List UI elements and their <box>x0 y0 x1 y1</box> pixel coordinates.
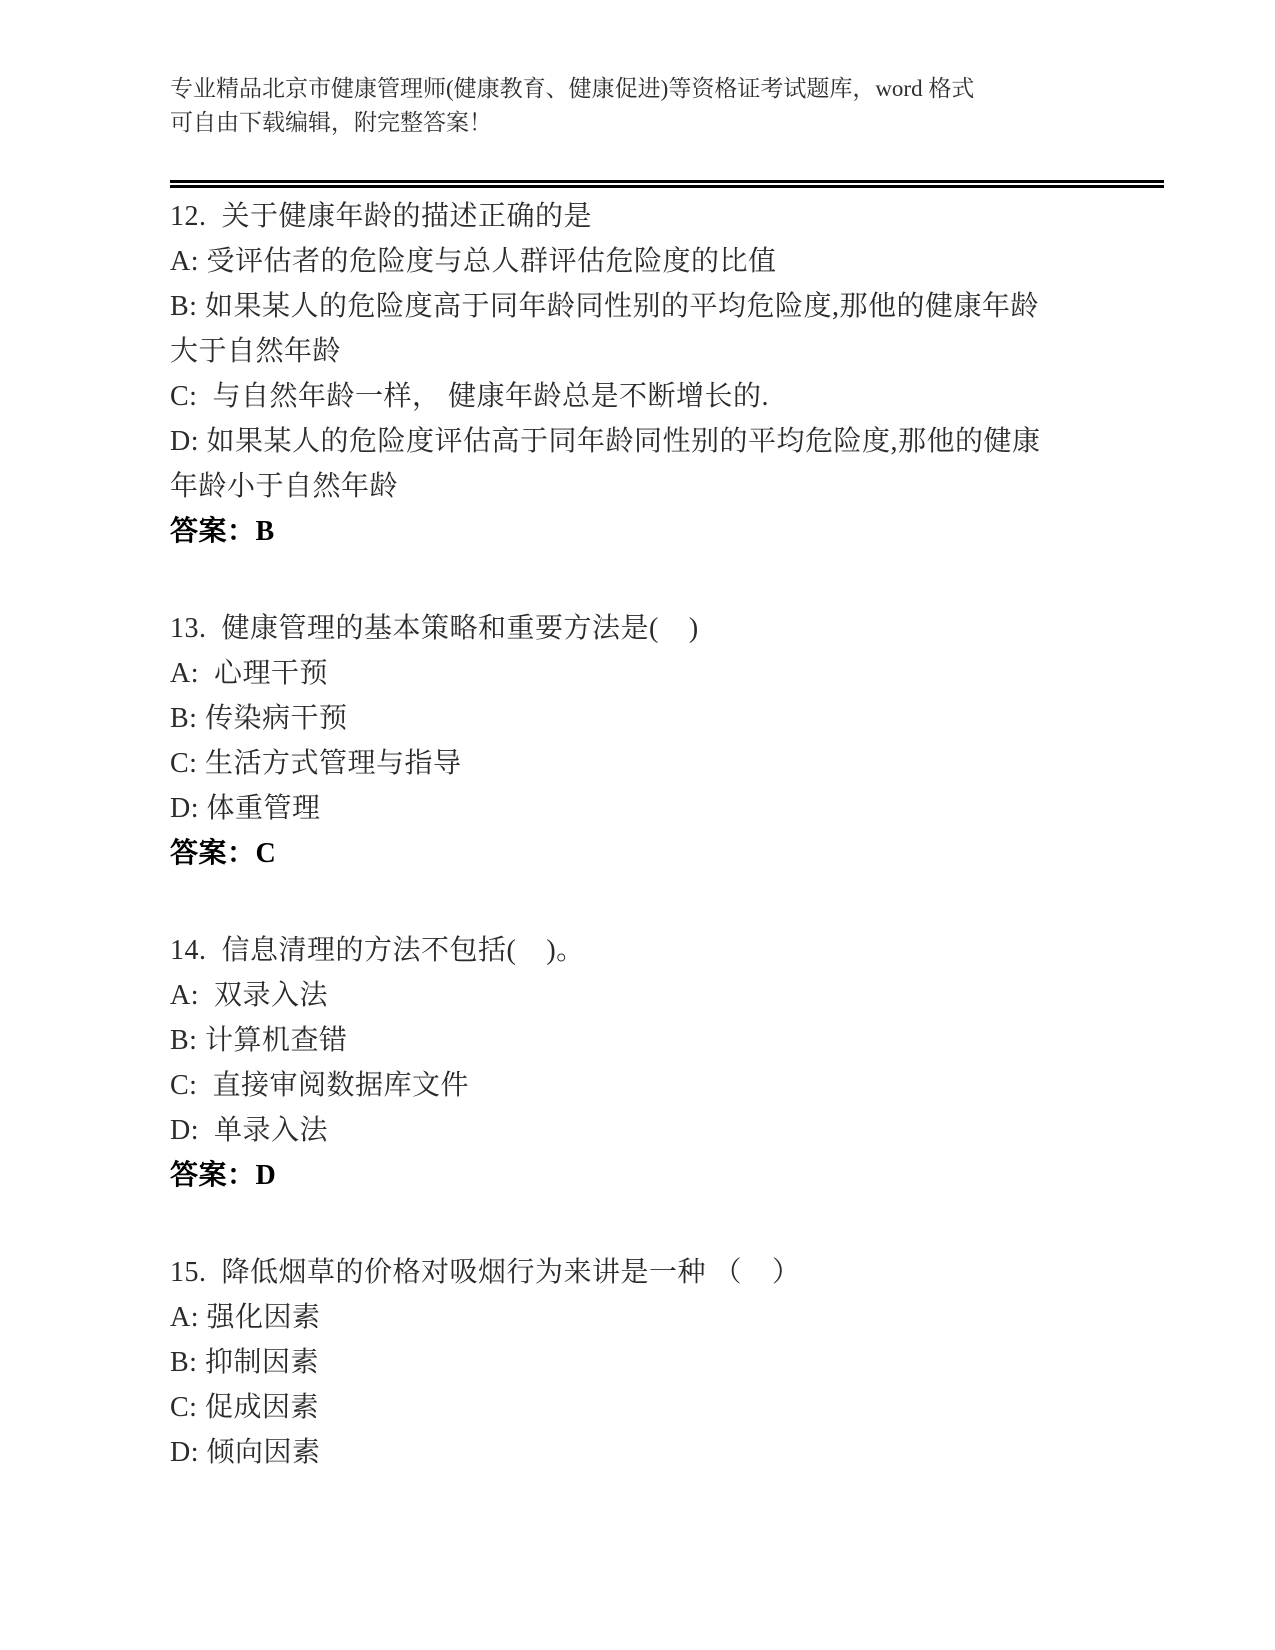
question-options: A: 强化因素B: 抑制因素C: 促成因素D: 倾向因素 <box>170 1295 1164 1475</box>
document-content: 专业精品北京市健康管理师(健康教育、健康促进)等资格证考试题库，word 格式 … <box>170 0 1164 1475</box>
header-divider <box>170 180 1164 188</box>
option-line: A: 受评估者的危险度与总人群评估危险度的比值 <box>170 239 1042 284</box>
header-text-line1: 专业精品北京市健康管理师(健康教育、健康促进)等资格证考试题库，word 格式 <box>170 72 1164 106</box>
option-line: A: 强化因素 <box>170 1295 1042 1340</box>
page-header: 专业精品北京市健康管理师(健康教育、健康促进)等资格证考试题库，word 格式 … <box>170 0 1164 180</box>
question-options: A: 受评估者的危险度与总人群评估危险度的比值B: 如果某人的危险度高于同年龄同… <box>170 239 1164 509</box>
option-line: C: 与自然年龄一样， 健康年龄总是不断增长的. <box>170 374 1042 419</box>
question-title: 13. 健康管理的基本策略和重要方法是( ) <box>170 606 1042 651</box>
question-block: 14. 信息清理的方法不包括( )。 A: 双录入法B: 计算机查错C: 直接审… <box>170 928 1164 1198</box>
question-title: 15. 降低烟草的价格对吸烟行为来讲是一种 （ ） <box>170 1250 1042 1295</box>
answer-line: 答案：D <box>170 1153 1042 1198</box>
question-title: 12. 关于健康年龄的描述正确的是 <box>170 194 1042 239</box>
option-line: B: 计算机查错 <box>170 1018 1042 1063</box>
option-line: B: 如果某人的危险度高于同年龄同性别的平均危险度,那他的健康年龄大于自然年龄 <box>170 284 1042 374</box>
answer-line: 答案：C <box>170 831 1042 876</box>
option-line: D: 体重管理 <box>170 786 1042 831</box>
question-title: 14. 信息清理的方法不包括( )。 <box>170 928 1042 973</box>
option-line: D: 如果某人的危险度评估高于同年龄同性别的平均危险度,那他的健康年龄小于自然年… <box>170 419 1042 509</box>
option-line: C: 促成因素 <box>170 1385 1042 1430</box>
option-line: A: 心理干预 <box>170 651 1042 696</box>
option-line: B: 传染病干预 <box>170 696 1042 741</box>
option-line: D: 单录入法 <box>170 1108 1042 1153</box>
question-options: A: 双录入法B: 计算机查错C: 直接审阅数据库文件D: 单录入法 <box>170 973 1164 1153</box>
option-line: A: 双录入法 <box>170 973 1042 1018</box>
question-block: 12. 关于健康年龄的描述正确的是 A: 受评估者的危险度与总人群评估危险度的比… <box>170 194 1164 554</box>
question-block: 13. 健康管理的基本策略和重要方法是( ) A: 心理干预B: 传染病干预C:… <box>170 606 1164 876</box>
question-block: 15. 降低烟草的价格对吸烟行为来讲是一种 （ ） A: 强化因素B: 抑制因素… <box>170 1250 1164 1475</box>
question-list: 12. 关于健康年龄的描述正确的是 A: 受评估者的危险度与总人群评估危险度的比… <box>170 188 1164 1475</box>
option-line: C: 生活方式管理与指导 <box>170 741 1042 786</box>
document-page: 专业精品北京市健康管理师(健康教育、健康促进)等资格证考试题库，word 格式 … <box>0 0 1275 1650</box>
option-line: D: 倾向因素 <box>170 1430 1042 1475</box>
option-line: C: 直接审阅数据库文件 <box>170 1063 1042 1108</box>
question-options: A: 心理干预B: 传染病干预C: 生活方式管理与指导D: 体重管理 <box>170 651 1164 831</box>
option-line: B: 抑制因素 <box>170 1340 1042 1385</box>
answer-line: 答案：B <box>170 509 1042 554</box>
header-text-line2: 可自由下载编辑，附完整答案！ <box>170 106 1164 140</box>
